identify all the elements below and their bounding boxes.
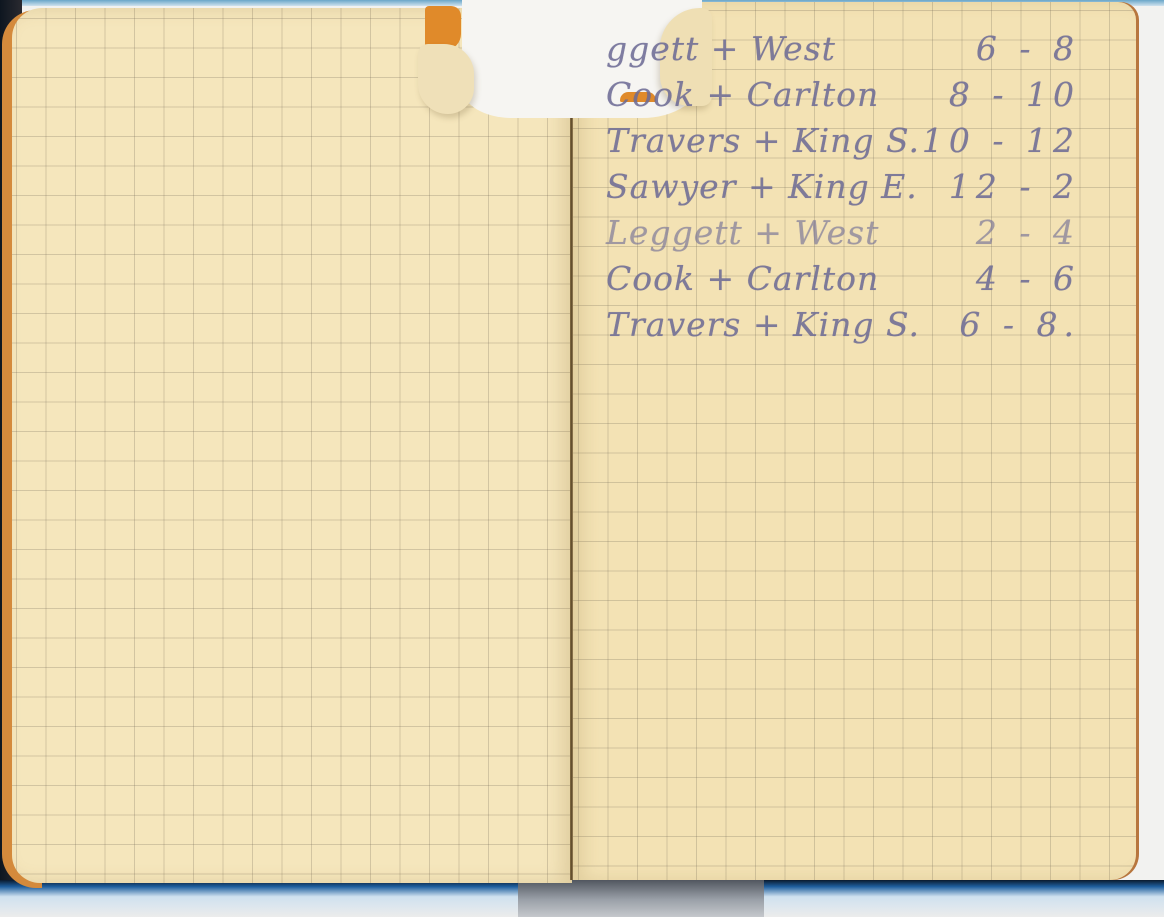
schedule-entry: Cook + Carlton 8 - 10 <box>606 68 1106 114</box>
schedule-entry: Travers + King S. 10 - 12 <box>606 114 1106 160</box>
scan-background-bottom-shadow <box>518 878 764 917</box>
entry-names: Travers + King S. <box>606 305 920 344</box>
torn-paper-flap-left <box>418 44 474 114</box>
entry-names: Leggett + West <box>606 213 879 252</box>
entry-names: Sawyer + King E. <box>606 167 918 206</box>
notebook-spine <box>570 110 573 880</box>
schedule-entry: ggett + West 6 - 8 <box>606 22 1106 68</box>
entry-time: 12 - 2 <box>949 167 1080 206</box>
entry-time: 4 - 6 <box>976 259 1080 298</box>
entry-names: ggett + West <box>606 29 836 68</box>
entry-names: Cook + Carlton <box>606 75 879 114</box>
entry-time: 6 - 8 <box>976 29 1080 68</box>
entry-time: 8 - 10 <box>949 75 1080 114</box>
entry-time: 2 - 4 <box>976 213 1080 252</box>
left-page <box>12 8 572 883</box>
entry-time: 10 - 12 <box>922 121 1080 160</box>
schedule-list: ggett + West 6 - 8 Cook + Carlton 8 - 10… <box>606 22 1106 344</box>
entry-names: Cook + Carlton <box>606 259 879 298</box>
show-through-marks <box>110 205 430 217</box>
entry-time: 6 - 8. <box>959 305 1080 344</box>
schedule-entry: Travers + King S. 6 - 8. <box>606 298 1106 344</box>
schedule-entry: Leggett + West 2 - 4 <box>606 206 1106 252</box>
schedule-entry: Sawyer + King E. 12 - 2 <box>606 160 1106 206</box>
entry-names: Travers + King S. <box>606 121 920 160</box>
schedule-entry: Cook + Carlton 4 - 6 <box>606 252 1106 298</box>
